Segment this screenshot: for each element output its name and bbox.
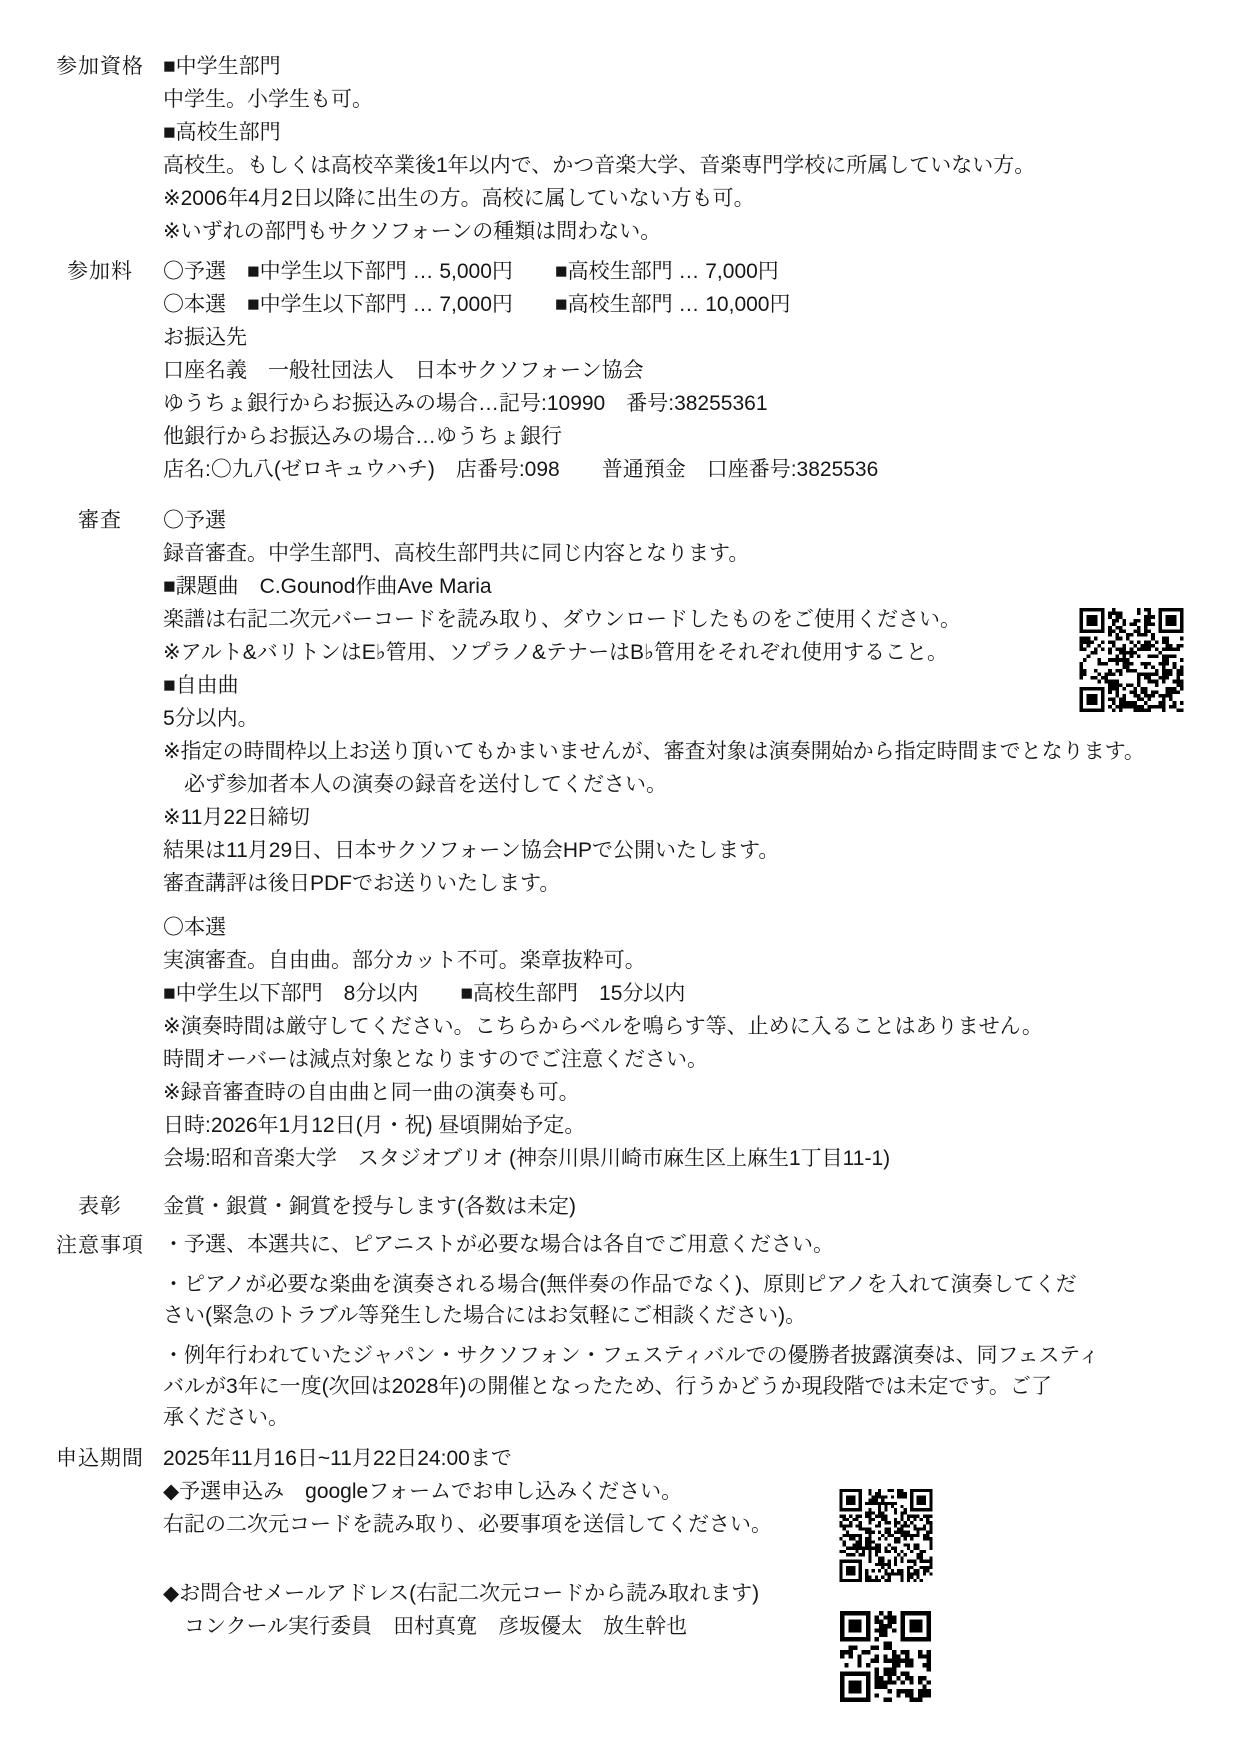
notes-line: バルが3年に一度(次回は2028年)の開催となったため、行うかどうか現段階では未… xyxy=(163,1371,1241,1402)
fee-line: ゆうちょ銀行からお振込みの場合…記号:10990 番号:38255361 xyxy=(163,387,1241,420)
notes-line: 承ください。 xyxy=(163,1402,1241,1433)
eligibility-line: 高校生。もしくは高校卒業後1年以内で、かつ音楽大学、音楽専門学校に所属していない… xyxy=(163,149,1241,182)
contact-line: コンクール実行委員 田村真寛 彦坂優太 放生幹也 xyxy=(163,1610,1241,1643)
screening-line: ※録音審査時の自由曲と同一曲の演奏も可。 xyxy=(163,1076,1241,1109)
score-download-qr xyxy=(1077,608,1186,712)
document-body: 参加資格 ■中学生部門 中学生。小学生も可。 ■高校生部門 高校生。もしくは高校… xyxy=(0,50,1241,1643)
section-screening: 審査 〇予選 録音審査。中学生部門、高校生部門共に同じ内容となります。 ■課題曲… xyxy=(0,504,1241,1175)
screening-line: 録音審査。中学生部門、高校生部門共に同じ内容となります。 xyxy=(163,537,1241,570)
screening-line: ※11月22日締切 xyxy=(163,801,1241,834)
notes-line: ・予選、本選共に、ピアニストが必要な場合は各自でご用意ください。 xyxy=(163,1229,1241,1260)
screening-line: 時間オーバーは減点対象となりますのでご注意ください。 xyxy=(163,1043,1241,1076)
screening-line: ※演奏時間は厳守してください。こちらからベルを鳴らす等、止めに入ることはありませ… xyxy=(163,1010,1241,1043)
screening-line: 会場:昭和音楽大学 スタジオブリオ (神奈川県川崎市麻生区上麻生1丁目11-1) xyxy=(163,1142,1241,1175)
contact-email-qr xyxy=(838,1611,933,1702)
section-label-application: 申込期間 xyxy=(54,1442,146,1475)
section-label-notes: 注意事項 xyxy=(54,1229,146,1262)
screening-line: 実演審査。自由曲。部分カット不可。楽章抜粋可。 xyxy=(163,944,1241,977)
screening-line: 日時:2026年1月12日(月・祝) 昼頃開始予定。 xyxy=(163,1109,1241,1142)
section-label-fee: 参加料 xyxy=(54,255,146,288)
eligibility-line: ■中学生部門 xyxy=(163,50,1241,83)
section-eligibility: 参加資格 ■中学生部門 中学生。小学生も可。 ■高校生部門 高校生。もしくは高校… xyxy=(0,50,1241,248)
contact-line: ◆お問合せメールアドレス(右記二次元コードから読み取れます) xyxy=(163,1577,1241,1610)
fee-line: 〇予選 ■中学生以下部門 … 5,000円 ■高校生部門 … 7,000円 xyxy=(163,255,1241,288)
section-content-awards: 金賞・銀賞・銅賞を授与します(各数は未定) xyxy=(163,1190,1241,1223)
section-content-application: 2025年11月16日~11月22日24:00まで ◆予選申込み googleフ… xyxy=(163,1442,1241,1643)
screening-line: 審査講評は後日PDFでお送りいたします。 xyxy=(163,867,1241,900)
screening-line: 必ず参加者本人の演奏の録音を送付してください。 xyxy=(163,768,1241,801)
section-label-awards: 表彰 xyxy=(54,1190,146,1223)
fee-line: 店名:〇九八(ゼロキュウハチ) 店番号:098 普通預金 口座番号:382553… xyxy=(163,453,1241,486)
section-content-screening: 〇予選 録音審査。中学生部門、高校生部門共に同じ内容となります。 ■課題曲 C.… xyxy=(163,504,1241,1175)
screening-line: ■課題曲 C.Gounod作曲Ave Maria xyxy=(163,570,1241,603)
notes-line: ・ピアノが必要な楽曲を演奏される場合(無伴奏の作品でなく)、原則ピアノを入れて演… xyxy=(163,1269,1241,1300)
screening-final-block: 〇本選 実演審査。自由曲。部分カット不可。楽章抜粋可。 ■中学生以下部門 8分以… xyxy=(163,911,1241,1175)
section-content-fee: 〇予選 ■中学生以下部門 … 5,000円 ■高校生部門 … 7,000円 〇本… xyxy=(163,255,1241,486)
block-gap xyxy=(163,900,1241,911)
screening-line: 〇予選 xyxy=(163,504,1241,537)
screening-line: 結果は11月29日、日本サクソフォーン協会HPで公開いたします。 xyxy=(163,834,1241,867)
awards-line: 金賞・銀賞・銅賞を授与します(各数は未定) xyxy=(163,1190,1241,1223)
section-application: 申込期間 2025年11月16日~11月22日24:00まで ◆予選申込み go… xyxy=(0,1442,1241,1643)
section-awards: 表彰 金賞・銀賞・銅賞を授与します(各数は未定) xyxy=(0,1190,1241,1223)
notes-line: さい(緊急のトラブル等発生した場合にはお気軽にご相談ください)。 xyxy=(163,1300,1241,1331)
section-notes: 注意事項 ・予選、本選共に、ピアニストが必要な場合は各自でご用意ください。 ・ピ… xyxy=(0,1229,1241,1442)
section-fee: 参加料 〇予選 ■中学生以下部門 … 5,000円 ■高校生部門 … 7,000… xyxy=(0,255,1241,486)
contact-gap xyxy=(163,1541,1241,1577)
fee-line: 〇本選 ■中学生以下部門 … 7,000円 ■高校生部門 … 10,000円 xyxy=(163,288,1241,321)
application-line: 2025年11月16日~11月22日24:00まで xyxy=(163,1442,1241,1475)
document-page: 参加資格 ■中学生部門 中学生。小学生も可。 ■高校生部門 高校生。もしくは高校… xyxy=(0,0,1241,1755)
notes-paragraph: ・例年行われていたジャパン・サクソフォン・フェスティバルでの優勝者披露演奏は、同… xyxy=(163,1340,1241,1433)
screening-line: 〇本選 xyxy=(163,911,1241,944)
application-form-qr xyxy=(837,1489,935,1582)
section-content-notes: ・予選、本選共に、ピアニストが必要な場合は各自でご用意ください。 ・ピアノが必要… xyxy=(163,1229,1241,1442)
fee-line: 他銀行からお振込みの場合…ゆうちょ銀行 xyxy=(163,420,1241,453)
eligibility-line: ■高校生部門 xyxy=(163,116,1241,149)
eligibility-line: ※いずれの部門もサクソフォーンの種類は問わない。 xyxy=(163,215,1241,248)
fee-line: お振込先 xyxy=(163,321,1241,354)
notes-paragraph: ・ピアノが必要な楽曲を演奏される場合(無伴奏の作品でなく)、原則ピアノを入れて演… xyxy=(163,1269,1241,1331)
screening-line: ※指定の時間枠以上お送り頂いてもかまいませんが、審査対象は演奏開始から指定時間ま… xyxy=(163,735,1241,768)
eligibility-line: 中学生。小学生も可。 xyxy=(163,83,1241,116)
notes-paragraph: ・予選、本選共に、ピアニストが必要な場合は各自でご用意ください。 xyxy=(163,1229,1241,1260)
section-content-eligibility: ■中学生部門 中学生。小学生も可。 ■高校生部門 高校生。もしくは高校卒業後1年… xyxy=(163,50,1241,248)
section-label-screening: 審査 xyxy=(54,504,146,537)
notes-line: ・例年行われていたジャパン・サクソフォン・フェスティバルでの優勝者披露演奏は、同… xyxy=(163,1340,1241,1371)
section-label-eligibility: 参加資格 xyxy=(54,50,146,83)
application-line: 右記の二次元コードを読み取り、必要事項を送信してください。 xyxy=(163,1508,1241,1541)
screening-line: ■中学生以下部門 8分以内 ■高校生部門 15分以内 xyxy=(163,977,1241,1010)
application-line: ◆予選申込み googleフォームでお申し込みください。 xyxy=(163,1475,1241,1508)
eligibility-line: ※2006年4月2日以降に出生の方。高校に属していない方も可。 xyxy=(163,182,1241,215)
fee-line: 口座名義 一般社団法人 日本サクソフォーン協会 xyxy=(163,354,1241,387)
